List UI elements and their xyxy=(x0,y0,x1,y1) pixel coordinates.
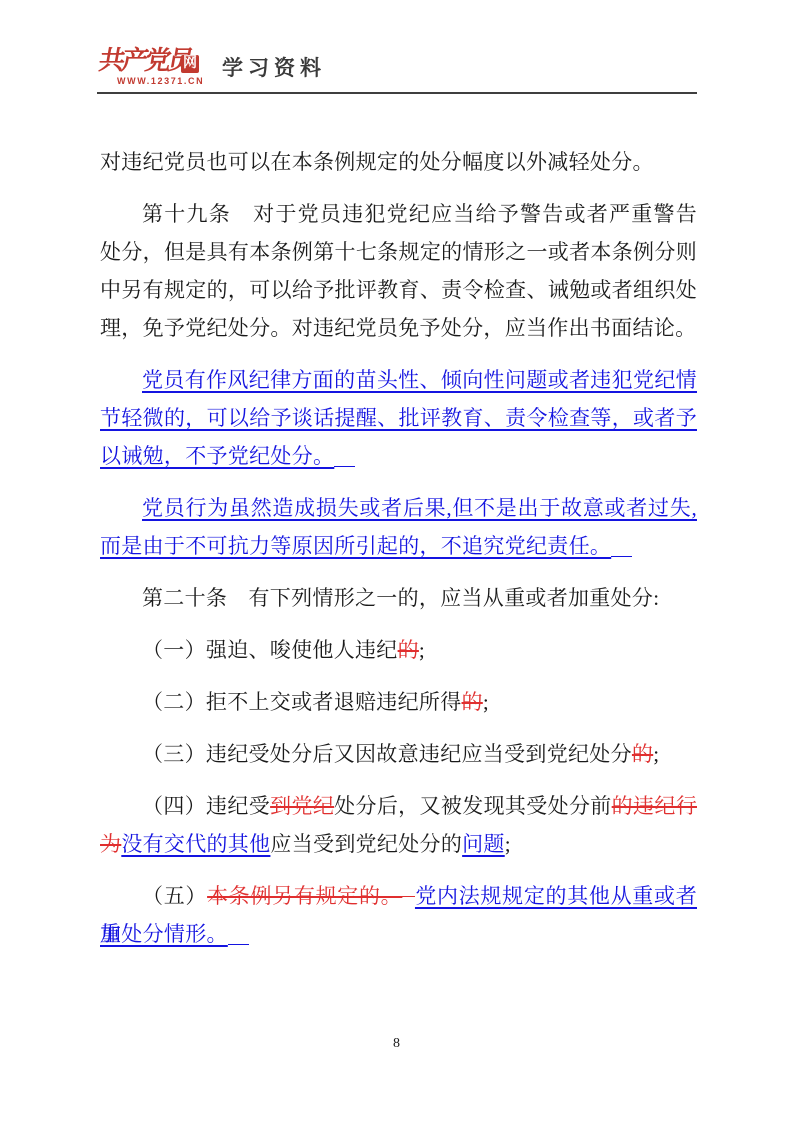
document-page: 共产党员 网 WWW.12371.CN 学习资料 对违纪党员也可以在本条例规定的… xyxy=(0,0,793,1122)
text-line: 以诫勉，不予党纪处分。 xyxy=(100,437,697,475)
text-line: 为没有交代的其他应当受到党纪处分的问题; xyxy=(100,825,697,863)
body-text: （五） xyxy=(142,884,207,908)
inserted-text: 没有交代的其他 xyxy=(121,832,270,856)
text-line: （四）违纪受到党纪处分后，又被发现其受处分前的违纪行 xyxy=(100,787,697,825)
body-text: （二）拒不上交或者退赔违纪所得 xyxy=(142,690,462,714)
inserted-text: 问题 xyxy=(462,832,505,856)
header-divider xyxy=(97,92,697,94)
page-header: 共产党员 网 WWW.12371.CN 学习资料 xyxy=(97,46,697,98)
text-line: 第十九条 对于党员违犯党纪应当给予警告或者严重警告 xyxy=(100,195,697,233)
text-line: （一）强迫、唆使他人违纪的; xyxy=(100,631,697,669)
text-line: 党员有作风纪律方面的苗头性、倾向性问题或者违犯党纪情 xyxy=(100,361,697,399)
page-footer: 8 xyxy=(0,1036,793,1052)
paragraph: 党员行为虽然造成损失或者后果,但不是出于故意或者过失,而是由于不可抗力等原因所引… xyxy=(100,489,697,565)
text-line: 党员行为虽然造成损失或者后果,但不是出于故意或者过失, xyxy=(100,489,697,527)
body-text: ; xyxy=(419,638,425,662)
deleted-text: 的 xyxy=(462,690,483,714)
body-text: 对违纪党员也可以在本条例规定的处分幅度以外减轻处分。 xyxy=(100,150,654,174)
inserted-text: 党员有作风纪律方面的苗头性、倾向性问题或者违犯党纪情 xyxy=(142,368,697,392)
paragraph: （一）强迫、唆使他人违纪的; xyxy=(100,631,697,669)
body-text: 处分，但是具有本条例第十七条规定的情形之一或者本条例分则 xyxy=(100,240,697,264)
inserted-text: 重处分情形。 xyxy=(100,922,228,946)
paragraph: 第二十条 有下列情形之一的，应当从重或者加重处分: xyxy=(100,579,697,617)
insert-underline-extension xyxy=(611,556,632,557)
deleted-text: 的 xyxy=(398,638,419,662)
body-text: 理，免予党纪处分。对违纪党员免予处分，应当作出书面结论。 xyxy=(100,316,696,340)
body-text: （三）违纪受处分后又因故意违纪应当受到党纪处分 xyxy=(142,742,632,766)
text-line: 对违纪党员也可以在本条例规定的处分幅度以外减轻处分。 xyxy=(100,143,697,181)
deleted-text: 的 xyxy=(632,742,653,766)
text-line: 处分，但是具有本条例第十七条规定的情形之一或者本条例分则 xyxy=(100,233,697,271)
paragraph: 第十九条 对于党员违犯党纪应当给予警告或者严重警告处分，但是具有本条例第十七条规… xyxy=(100,195,697,347)
paragraph: （四）违纪受到党纪处分后，又被发现其受处分前的违纪行为没有交代的其他应当受到党纪… xyxy=(100,787,697,863)
text-line: 理，免予党纪处分。对违纪党员免予处分，应当作出书面结论。 xyxy=(100,309,697,347)
body-text: 第十九条 对于党员违犯党纪应当给予警告或者严重警告 xyxy=(142,202,697,226)
delete-strike-extension xyxy=(402,896,415,897)
body-text: ; xyxy=(653,742,659,766)
site-logo-calligraphy: 共产党员 xyxy=(97,48,194,74)
paragraph: （二）拒不上交或者退赔违纪所得的; xyxy=(100,683,697,721)
inserted-text: 党员行为虽然造成损失或者后果,但不是出于故意或者过失, xyxy=(142,496,697,520)
deleted-text: 为 xyxy=(100,832,121,856)
deleted-text: 本条例另有规定的。 xyxy=(207,884,402,908)
text-line: （五）本条例另有规定的。党内法规规定的其他从重或者加 xyxy=(100,877,697,915)
deleted-text: 的违纪行 xyxy=(612,794,697,818)
body-text: ; xyxy=(505,832,511,856)
body-text: ; xyxy=(483,690,489,714)
body-text: （四）违纪受 xyxy=(142,794,270,818)
inserted-text: 而是由于不可抗力等原因所引起的，不追究党纪责任。 xyxy=(100,534,611,558)
text-line: 重处分情形。 xyxy=(100,915,697,953)
text-line: 中另有规定的，可以给予批评教育、责令检查、诫勉或者组织处 xyxy=(100,271,697,309)
text-line: 第二十条 有下列情形之一的，应当从重或者加重处分: xyxy=(100,579,697,617)
site-logo-url: WWW.12371.CN xyxy=(117,76,204,86)
deleted-text: 到党纪 xyxy=(270,794,334,818)
body-text: （一）强迫、唆使他人违纪 xyxy=(142,638,398,662)
header-doc-label: 学习资料 xyxy=(222,52,326,82)
text-line: （二）拒不上交或者退赔违纪所得的; xyxy=(100,683,697,721)
body-text: 中另有规定的，可以给予批评教育、责令检查、诫勉或者组织处 xyxy=(100,278,697,302)
paragraph: 党员有作风纪律方面的苗头性、倾向性问题或者违犯党纪情节轻微的，可以给予谈话提醒、… xyxy=(100,361,697,475)
paragraph: （五）本条例另有规定的。党内法规规定的其他从重或者加重处分情形。 xyxy=(100,877,697,953)
document-body: 对违纪党员也可以在本条例规定的处分幅度以外减轻处分。第十九条 对于党员违犯党纪应… xyxy=(100,143,697,967)
text-line: 而是由于不可抗力等原因所引起的，不追究党纪责任。 xyxy=(100,527,697,565)
inserted-text: 节轻微的，可以给予谈话提醒、批评教育、责令检查等，或者予 xyxy=(100,406,697,430)
insert-underline-extension xyxy=(334,466,355,467)
site-logo-net-box: 网 xyxy=(181,55,199,73)
body-text: 处分后，又被发现其受处分前 xyxy=(334,794,612,818)
page-number: 8 xyxy=(393,1036,400,1051)
insert-underline-extension xyxy=(228,944,249,945)
body-text: 第二十条 有下列情形之一的，应当从重或者加重处分: xyxy=(142,586,659,610)
paragraph: （三）违纪受处分后又因故意违纪应当受到党纪处分的; xyxy=(100,735,697,773)
text-line: 节轻微的，可以给予谈话提醒、批评教育、责令检查等，或者予 xyxy=(100,399,697,437)
body-text: 应当受到党纪处分的 xyxy=(270,832,462,856)
text-line: （三）违纪受处分后又因故意违纪应当受到党纪处分的; xyxy=(100,735,697,773)
paragraph: 对违纪党员也可以在本条例规定的处分幅度以外减轻处分。 xyxy=(100,143,697,181)
inserted-text: 以诫勉，不予党纪处分。 xyxy=(100,444,334,468)
